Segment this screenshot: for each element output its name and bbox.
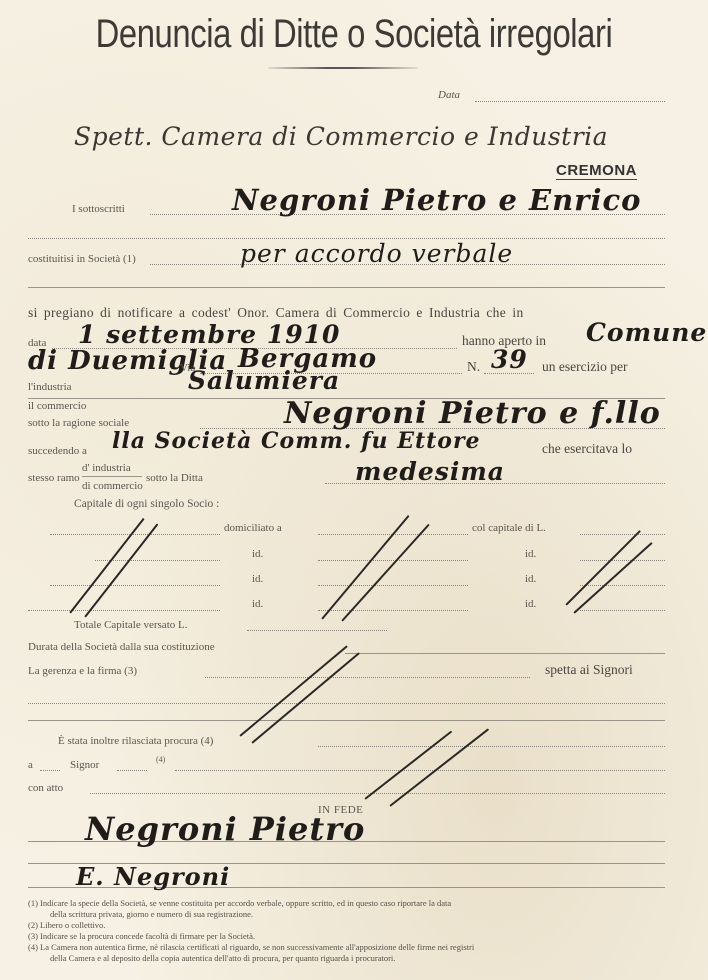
fraction-bar	[82, 476, 142, 477]
signor-line	[117, 770, 147, 771]
document-page: Denuncia di Ditte o Società irregolari D…	[0, 0, 708, 980]
strike-mark	[341, 524, 429, 622]
capitale-line	[580, 560, 665, 561]
domiciliato-label: domiciliato a	[224, 522, 282, 534]
costituitisi-label: costituitisi in Società (1)	[28, 253, 136, 265]
id-label: id.	[252, 598, 263, 610]
stesso-ramo-label: stesso ramo	[28, 472, 80, 484]
strike-mark	[239, 645, 348, 737]
totale-line	[247, 630, 387, 631]
durata-label: Durata della Società dalla sua costituzi…	[28, 641, 215, 653]
col-capitale-label: col capitale di L.	[472, 522, 546, 534]
addressee-heading: Spett. Camera di Commercio e Industria	[74, 122, 608, 151]
strike-mark	[251, 652, 360, 744]
capitale-line	[580, 610, 665, 611]
document-title: Denuncia di Ditte o Società irregolari	[64, 12, 645, 57]
footnote-1: (1) Indicare la specie della Società, se…	[28, 898, 688, 909]
id-label: id.	[252, 573, 263, 585]
procura-label: È stata inoltre rilasciata procura (4)	[58, 735, 213, 747]
strike-mark	[69, 518, 144, 614]
capitale-label: Capitale di ogni singolo Socio :	[74, 498, 219, 510]
a-line	[40, 770, 60, 771]
strike-mark	[84, 523, 158, 617]
sottoscritti-value: Negroni Pietro e Enrico	[232, 183, 641, 217]
strike-mark	[321, 515, 409, 620]
socio-name-line	[28, 610, 220, 611]
date-label: Data	[438, 89, 460, 101]
signori-line	[28, 703, 665, 704]
id-label: id.	[525, 573, 536, 585]
sottoscritti-label: I sottoscritti	[72, 203, 125, 215]
succedendo-label: succedendo a	[28, 445, 87, 457]
con-atto-line	[90, 793, 665, 794]
domiciliato-line	[318, 585, 468, 586]
socio-name-line	[95, 560, 220, 561]
succedendo-value: lla Società Comm. fu Ettore	[112, 428, 481, 454]
d-industria-label: d' industria	[82, 462, 131, 474]
spetta-label: spetta ai Signori	[545, 662, 633, 678]
date-field-line	[475, 101, 665, 102]
footnote-1-cont: della scrittura privata, giorno e numero…	[28, 909, 688, 920]
capitale-line	[580, 534, 665, 535]
durata-line	[345, 653, 665, 654]
footnote-3: (3) Indicare se la procura concede facol…	[28, 931, 688, 942]
socio-name-line	[50, 585, 220, 586]
commercio-label: il commercio	[28, 400, 86, 412]
di-commercio-label: di commercio	[82, 480, 143, 492]
capitale-line	[580, 585, 665, 586]
numero-label: N.	[467, 359, 480, 375]
signature-2: E. Negroni	[76, 862, 230, 891]
esercizio-label: un esercizio per	[542, 359, 627, 375]
notice-text: si pregiano di notificare a codest' Onor…	[28, 305, 524, 321]
sotto-ditta-label: sotto la Ditta	[146, 472, 203, 484]
signor-value-line	[175, 770, 665, 771]
procura-line	[318, 746, 665, 747]
gerenza-line	[205, 677, 530, 678]
footnote-4: (4) La Camera non autentica firme, nè ri…	[28, 942, 688, 953]
costituitisi-value: per accordo verbale	[240, 239, 513, 268]
footnote-4-cont: della Camera e al deposito della copia a…	[28, 953, 688, 964]
totale-label: Totale Capitale versato L.	[74, 619, 187, 631]
gerenza-label: La gerenza e la firma (3)	[28, 665, 137, 677]
domiciliato-line	[318, 610, 468, 611]
signor-note: (4)	[156, 755, 165, 764]
title-divider	[268, 67, 418, 69]
blank-line	[28, 287, 665, 288]
city-label: CREMONA	[556, 162, 637, 180]
aperto-value: Comune	[586, 318, 707, 347]
id-label: id.	[252, 548, 263, 560]
industria-value: Salumiera	[188, 366, 340, 395]
numero-value: 39	[491, 345, 528, 374]
footnote-2: (2) Libero o collettivo.	[28, 920, 688, 931]
con-atto-label: con atto	[28, 782, 63, 794]
ragione-value: Negroni Pietro e f.llo	[284, 396, 661, 431]
strike-mark	[565, 530, 641, 606]
a-label: a	[28, 759, 33, 771]
signature-1: Negroni Pietro	[85, 810, 365, 848]
strike-mark	[573, 542, 652, 614]
sotto-ditta-value: medesima	[355, 457, 505, 486]
signor-label: Signor	[70, 759, 99, 771]
esercitava-label: che esercitava lo	[542, 441, 632, 457]
footnotes: (1) Indicare la specie della Società, se…	[28, 898, 688, 964]
socio-name-line	[50, 534, 220, 535]
id-label: id.	[525, 548, 536, 560]
signori-line	[28, 720, 665, 721]
id-label: id.	[525, 598, 536, 610]
industria-label: l'industria	[28, 381, 72, 393]
